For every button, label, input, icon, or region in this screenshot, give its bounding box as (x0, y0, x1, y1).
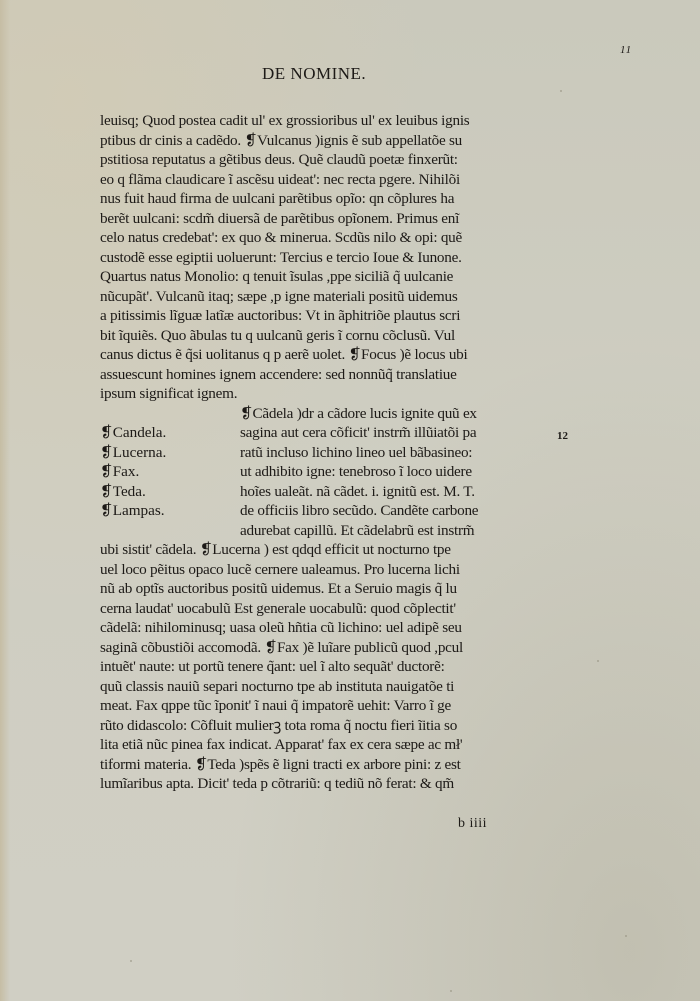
paper-speck (560, 90, 562, 92)
text-line: ipsum significat ignem. (100, 384, 520, 404)
side-label-lampas: ❡Lampas. (100, 501, 240, 521)
text-line: lita etiã nũc pinea fax indicat. Apparat… (100, 735, 520, 755)
side-label-lucerna: ❡Lucerna. (100, 443, 240, 463)
text-line: ubi sistit' cãdela. ❡Lucerna ) est qdqd … (100, 540, 520, 560)
text-block: leuisq; Quod postea cadit ul' ex grossio… (100, 111, 520, 794)
text-line: uel loco pẽitus opaco lucẽ cernere ualea… (100, 560, 520, 580)
text-line: pstitiosa reputatus a gẽtibus deus. Quẽ … (100, 150, 520, 170)
text-line: rũto didascolo: Cõfluit mulierꝫ tota rom… (100, 716, 520, 736)
side-label-fax: ❡Fax. (100, 462, 240, 482)
signature-mark: b iiii (458, 816, 487, 832)
text-line: Quartus natus Monolio: q tenuit ĩsulas ,… (100, 267, 520, 287)
text-line: saginã cõbustiõi accomodã. ❡Fax )ẽ luĩar… (100, 638, 520, 658)
scanned-page: 11 DE NOMINE. 12 leuisq; Quod postea cad… (0, 0, 700, 1001)
page-edge (0, 0, 10, 1001)
text-line: ❡Cãdela )dr a cãdore lucis ignite quũ ex (240, 404, 477, 424)
split-section: ❡Candela. ❡Lucerna. ❡Fax. ❡Teda. ❡Lampas… (100, 423, 520, 540)
paper-speck (597, 660, 599, 662)
side-label-candela: ❡Candela. (100, 423, 240, 443)
text-line: hoĩes ualeãt. nã cãdet. i. ignitũ est. M… (240, 482, 530, 502)
folio-number: 11 (620, 44, 632, 56)
marginal-number: 12 (557, 430, 568, 442)
paper-speck (625, 935, 627, 937)
text-line: nũcupãt'. Vulcanũ itaq; sæpe ,p igne mat… (100, 287, 520, 307)
text-line: eo q flãma claudicare ĩ ascẽsu uideat': … (100, 170, 520, 190)
text-line: tiformi materia. ❡Teda )spẽs ẽ ligni tra… (100, 755, 520, 775)
text-line: ut adhibito igne: tenebroso ĩ loco uider… (240, 462, 530, 482)
text-line: meat. Fax qppe tũc ĩponit' ĩ naui q̃ imp… (100, 696, 520, 716)
text-line: ptibus dr cinis a cadẽdo. ❡Vulcanus )ign… (100, 131, 520, 151)
text-line: quũ classis nauiũ separi nocturno tpe ab… (100, 677, 520, 697)
text-line: nũ ab optĩs auctoribus positũ uidemus. E… (100, 579, 520, 599)
text-line: cãdelã: nihilominusq; uasa oleũ hñtia cũ… (100, 618, 520, 638)
text-line: canus dictus ẽ q̃si uolitanus q p aerẽ u… (100, 345, 520, 365)
text-line: a pitissimis lĩguæ latĩæ auctoribus: Vt … (100, 306, 520, 326)
text-line: intuẽt' naute: ut portũ tenere q̃ant: ue… (100, 657, 520, 677)
text-line: ratũ incluso lichino lineo uel bãbasineo… (240, 443, 530, 463)
text-line: celo natus credebat': ex quo & minerua. … (100, 228, 520, 248)
text-line: sagina aut cera cõficit' instrm̃ illũiat… (240, 423, 530, 443)
text-line: assuescunt homines ignem accendere: sed … (100, 365, 520, 385)
text-line: berẽt uulcani: scdm̃ diuersã de parẽtibu… (100, 209, 520, 229)
paper-speck (450, 990, 452, 992)
text-line: lumĩaribus apta. Dicit' teda p cõtrariũ:… (100, 774, 520, 794)
text-line: leuisq; Quod postea cadit ul' ex grossio… (100, 111, 520, 131)
text-line: cerna laudat' uocabulũ Est generale uoca… (100, 599, 520, 619)
side-label-teda: ❡Teda. (100, 482, 240, 502)
split-column: sagina aut cera cõficit' instrm̃ illũiat… (240, 423, 530, 540)
paper-speck (130, 960, 132, 962)
side-labels: ❡Candela. ❡Lucerna. ❡Fax. ❡Teda. ❡Lampas… (100, 423, 240, 521)
text-line: custodẽ esse egiptii uoluerunt: Tercius … (100, 248, 520, 268)
text-line: nus fuit haud firma de uulcani parẽtibus… (100, 189, 520, 209)
running-head: DE NOMINE. (262, 64, 366, 84)
text-line: adurebat capillũ. Et cãdelabrũ est instr… (240, 521, 530, 541)
text-line: de officiis libro secũdo. Candẽte carbon… (240, 501, 530, 521)
split-first-line-spacer: ❡Cãdela )dr a cãdore lucis ignite quũ ex (100, 404, 520, 424)
text-line: bit ĩquiẽs. Quo ãbulas tu q uulcanũ geri… (100, 326, 520, 346)
